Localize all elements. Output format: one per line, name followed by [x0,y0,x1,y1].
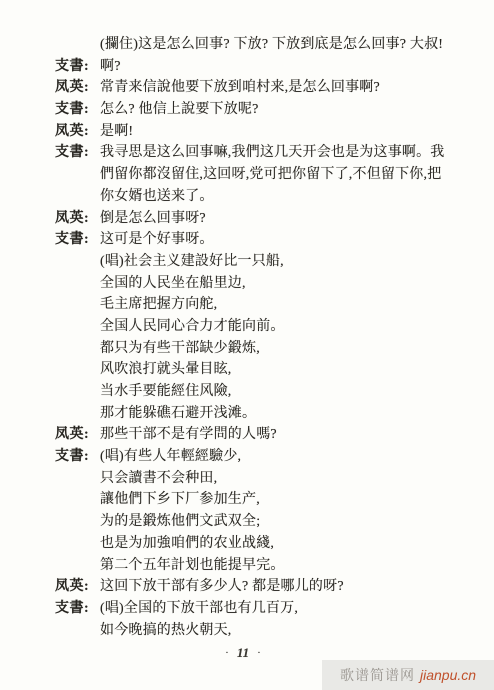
script-line: 支書:(唱)有些人年輕經驗少, [0,446,494,468]
speaker-label: 凤英: [55,121,89,143]
script-line: 凤英:倒是怎么回事呀? [0,208,494,230]
script-line: 支書:这可是个好事呀。 [0,229,494,251]
script-line: 支書:啊? [0,56,494,78]
script-line: 全国人民同心合力才能向前。 [0,316,494,338]
page-number-value: 11 [229,645,257,660]
speaker-label: 支書: [55,142,89,164]
dialogue-text: 啊? [100,59,121,74]
dialogue-text: 那些干部不是有学問的人嗎? [100,427,277,442]
script-line: 那才能躲礁石避开浅滩。 [0,403,494,425]
page-number: ·11· [208,645,278,661]
dialogue-text: 常青来信說他要下放到咱村来,是怎么回事啊? [100,80,380,95]
dialogue-text: 这可是个好事呀。 [100,232,214,247]
lyric-line: 那才能躲礁石避开浅滩。 [100,406,256,421]
dialogue-text: 怎么? 他信上說要下放呢? [100,102,259,117]
lyric-line: (唱)全国的下放干部也有几百万, [100,601,298,616]
script-line: 你女婿也送来了。 [0,186,494,208]
script-line: 都只为有些干部缺少鍛炼, [0,338,494,360]
script-line: 凤英:常青来信說他要下放到咱村来,是怎么回事啊? [0,77,494,99]
lyric-line: 全国人民同心合力才能向前。 [100,319,285,334]
lyric-line: 也是为加強咱們的农业战綫, [100,536,274,551]
dialogue-text: (攔住)这是怎么回事? 下放? 下放到底是怎么回事? 大叔! [100,37,443,52]
speaker-label: 凤英: [55,77,89,99]
script-line: 全国的人民坐在船里边, [0,273,494,295]
watermark-site-url: jianpu.cn [420,667,476,683]
lyric-line: 第二个五年計划也能提早完。 [100,558,285,573]
page-number-right-dot: · [257,647,261,659]
lyric-line: 为的是鍛炼他們文武双全; [100,514,260,529]
lyric-line: 讓他們下乡下厂参加生产, [100,492,260,507]
dialogue-text: 們留你都沒留住,这回呀,党可把你留下了,不但留下你,把 [100,167,441,182]
lyric-line: 都只为有些干部缺少鍛炼, [100,341,260,356]
script-line: 当水手要能經住风險, [0,381,494,403]
script-line: 凤英:那些干部不是有学問的人嗎? [0,424,494,446]
dialogue-text: 倒是怎么回事呀? [100,211,206,226]
watermark-site-name: 歌谱简谱网 [340,665,415,685]
lyric-line: 如今晚搞的热火朝天, [100,623,232,638]
lyric-line: 毛主席把握方向舵, [100,297,217,312]
script-line: 們留你都沒留住,这回呀,党可把你留下了,不但留下你,把 [0,164,494,186]
dialogue-text: 我寻思是这么回事嘛,我們这几天开会也是为这事啊。我 [100,145,445,160]
speaker-label: 凤英: [55,576,89,598]
script-line: 只会讀書不会种田, [0,468,494,490]
dialogue-text: 你女婿也送来了。 [100,189,214,204]
lyric-line: 全国的人民坐在船里边, [100,276,246,291]
script-line: 毛主席把握方向舵, [0,294,494,316]
watermark: 歌谱简谱网 jianpu.cn [322,660,494,690]
script-page: (攔住)这是怎么回事? 下放? 下放到底是怎么回事? 大叔! 支書:啊? 凤英:… [0,0,494,690]
speaker-label: 支書: [55,56,89,78]
script-line: 凤英:是啊! [0,121,494,143]
speaker-label: 支書: [55,446,89,468]
speaker-label: 凤英: [55,208,89,230]
speaker-label: 支書: [55,229,89,251]
script-line: 讓他們下乡下厂参加生产, [0,489,494,511]
dialogue-text: 这回下放干部有多少人? 都是哪儿的呀? [100,579,344,594]
script-line: 第二个五年計划也能提早完。 [0,555,494,577]
speaker-label: 凤英: [55,424,89,446]
script-line: 支書:(唱)全国的下放干部也有几百万, [0,598,494,620]
lyric-line: 当水手要能經住风險, [100,384,232,399]
script-line: 为的是鍛炼他們文武双全; [0,511,494,533]
script-line: 凤英:这回下放干部有多少人? 都是哪儿的呀? [0,576,494,598]
lyric-line: (唱)有些人年輕經驗少, [100,449,241,464]
script-line: 如今晚搞的热火朝天, [0,620,494,642]
script-line: (唱)社会主义建設好比一只船, [0,251,494,273]
script-line: 也是为加強咱們的农业战綫, [0,533,494,555]
script-line: 风吹浪打就头暈目眩, [0,359,494,381]
script-line: 支書:怎么? 他信上說要下放呢? [0,99,494,121]
script-line: (攔住)这是怎么回事? 下放? 下放到底是怎么回事? 大叔! [0,34,494,56]
lyric-line: (唱)社会主义建設好比一只船, [100,254,284,269]
script-line: 支書:我寻思是这么回事嘛,我們这几天开会也是为这事啊。我 [0,142,494,164]
script-text-block: (攔住)这是怎么回事? 下放? 下放到底是怎么回事? 大叔! 支書:啊? 凤英:… [0,34,494,641]
lyric-line: 风吹浪打就头暈目眩, [100,362,232,377]
speaker-label: 支書: [55,598,89,620]
speaker-label: 支書: [55,99,89,121]
lyric-line: 只会讀書不会种田, [100,471,217,486]
dialogue-text: 是啊! [100,124,133,139]
